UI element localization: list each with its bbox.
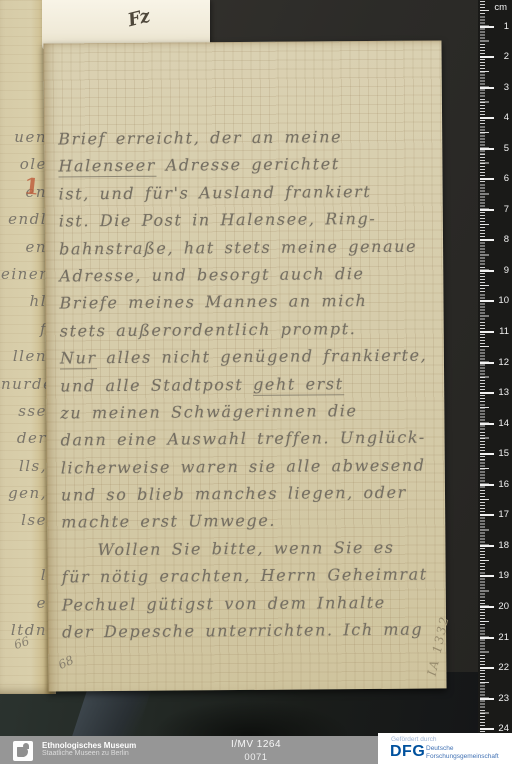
left-page-text-fragment: lse <box>1 511 47 538</box>
handwriting-line: machte erst Umwege. <box>61 510 441 540</box>
handwriting-line: Pechuel gütigst von dem Inhalte <box>62 592 442 622</box>
handwriting-text: für nötig erachten, Herrn Geheimrat <box>62 565 428 587</box>
smb-logo-icon <box>13 741 33 761</box>
inventory-number: I/MV 1264 <box>120 739 392 750</box>
ruler-cm-number: 22 <box>498 662 509 673</box>
fabric-fold <box>72 686 153 738</box>
handwriting-line: Briefe meines Mannes an mich <box>59 291 439 321</box>
ruler-cm-number: 15 <box>498 448 509 459</box>
ruler-cm-tick <box>480 606 494 608</box>
handwriting-text: Adresse gerichtet <box>156 155 340 175</box>
scan-page-number: 0071 <box>120 752 392 763</box>
ruler-cm-tick <box>480 148 494 150</box>
handwriting-text: Pechuel gütigst von dem Inhalte <box>62 593 386 615</box>
ruler-cm-number: 12 <box>498 357 509 368</box>
ruler-cm-tick <box>480 239 494 241</box>
ruler-cm-tick <box>480 698 494 700</box>
ruler-cm-tick <box>480 209 494 211</box>
ruler-cm-number: 11 <box>499 326 509 337</box>
handwriting-text: Brief erreicht, der an meine <box>58 127 342 148</box>
handwriting-block: Brief erreicht, der an meineHalenseer Ad… <box>58 126 442 649</box>
handwriting-text: und alle Stadtpost <box>60 374 253 395</box>
handwriting-line: ist, und für's Ausland frankiert <box>59 181 439 211</box>
handwriting-line: licherweise waren sie alle abwesend <box>61 455 441 485</box>
handwriting-line: und so blieb manches liegen, oder <box>61 483 441 513</box>
handwriting-line: bahnstraße, hat stets meine genaue <box>59 236 439 266</box>
ruler-cm-tick <box>480 117 494 119</box>
handwriting-line: Wollen Sie bitte, wenn Sie es <box>97 537 441 567</box>
handwriting-underlined: Halenseer <box>58 156 156 178</box>
handwriting-line: Halenseer Adresse gerichtet <box>58 154 438 184</box>
ink-flourish-mark: Fz <box>126 6 151 31</box>
handwriting-text: Briefe meines Mannes an mich <box>59 291 367 312</box>
ruler-cm-tick <box>480 362 494 364</box>
left-page-text-fragment: lls, <box>1 457 47 484</box>
ruler-cm-number: 16 <box>498 479 509 490</box>
handwriting-text: zu meinen Schwägerinnen die <box>60 401 357 422</box>
handwriting-text: machte erst Umwege. <box>61 511 276 532</box>
ruler-cm-number: 5 <box>504 143 509 154</box>
handwriting-text: der Depesche unterrichten. Ich mag <box>62 620 423 642</box>
left-page-text-fragment: gen, <box>1 484 47 511</box>
ruler-cm-tick <box>480 637 494 639</box>
handwriting-line: der Depesche unterrichten. Ich mag <box>62 619 442 649</box>
handwriting-line: für nötig erachten, Herrn Geheimrat <box>62 565 442 595</box>
ruler-cm-tick <box>480 178 494 180</box>
handwriting-text: Adresse, und besorgt auch die <box>59 264 364 285</box>
handwriting-underlined: Nur <box>60 348 97 369</box>
ruler-cm-number: 10 <box>498 295 509 306</box>
ruler-cm-tick <box>480 545 494 547</box>
ruler-cm-tick <box>480 26 494 28</box>
dfg-org-line2: Forschungsgemeinschaft <box>426 753 499 761</box>
ruler-cm-number: 17 <box>498 509 509 520</box>
handwriting-text: alles nicht genügend frankierte, <box>97 346 428 368</box>
ruler-cm-number: 19 <box>498 570 509 581</box>
scan-identifiers: I/MV 1264 0071 <box>120 739 392 763</box>
ruler-cm-tick <box>480 453 494 455</box>
handwriting-text: und so blieb manches liegen, oder <box>61 483 407 505</box>
ruler-cm-number: 1 <box>504 21 509 32</box>
ruler-cm-number: 2 <box>504 51 509 62</box>
handwriting-line: ist. Die Post in Halensee, Ring- <box>59 209 439 239</box>
left-page-text-fragment: der <box>1 429 47 456</box>
ruler-cm-number: 7 <box>504 204 509 215</box>
left-page-text-fragment: einen <box>1 265 47 292</box>
ruler-cm-number: 8 <box>504 234 509 245</box>
archival-scan-viewport: uenoleenendleneinenhlfllennurdessederlls… <box>0 0 512 764</box>
ruler-cm-tick <box>480 514 494 516</box>
left-page-text-fragment: sse <box>1 402 47 429</box>
handwriting-line: dann eine Auswahl treffen. Unglück- <box>61 428 441 458</box>
ruler-cm-tick <box>480 484 494 486</box>
left-page-text-fragment: nurde <box>1 375 47 402</box>
left-page-text-column: uenoleenendleneinenhlfllennurdessederlls… <box>1 128 47 648</box>
funded-by-label: Gefördert durch <box>391 736 437 743</box>
handwriting-text: licherweise waren sie alle abwesend <box>61 455 426 477</box>
handwriting-line: und alle Stadtpost geht erst <box>60 373 440 403</box>
smb-logo-glyph <box>17 747 28 757</box>
main-letter-page: Brief erreicht, der an meineHalenseer Ad… <box>43 40 446 691</box>
handwriting-text: ist. Die Post in Halensee, Ring- <box>59 209 377 230</box>
ruler-cm-tick <box>480 667 494 669</box>
handwriting-line: zu meinen Schwägerinnen die <box>60 400 440 430</box>
handwriting-text: Wollen Sie bitte, wenn Sie es <box>97 538 394 559</box>
left-page-text-fragment: e <box>1 594 47 621</box>
dfg-logo: DFG <box>390 743 425 761</box>
ruler-cm-number: 14 <box>498 418 509 429</box>
dfg-funding-panel: Gefördert durch DFG Deutsche Forschungsg… <box>378 733 512 764</box>
left-page-text-fragment: f <box>1 320 47 347</box>
ruler-cm-number: 13 <box>498 387 509 398</box>
red-margin-mark: 1 <box>23 173 41 200</box>
ruler-cm-tick <box>480 270 494 272</box>
handwriting-text: dann eine Auswahl treffen. Unglück- <box>61 428 426 450</box>
left-page-text-fragment: en <box>1 238 47 265</box>
dfg-org-name: Deutsche Forschungsgemeinschaft <box>426 745 499 760</box>
ruler-cm-tick <box>480 575 494 577</box>
handwriting-line: Nur alles nicht genügend frankierte, <box>60 346 440 376</box>
left-page-text-fragment: endl <box>1 210 47 237</box>
handwriting-text: stets außerordentlich prompt. <box>60 319 357 340</box>
left-page-text-fragment: llen <box>1 347 47 374</box>
handwriting-line: Brief erreicht, der an meine <box>58 126 438 156</box>
ruler-cm-tick <box>480 331 494 333</box>
handwriting-text: bahnstraße, hat stets meine genaue <box>59 236 417 258</box>
pencil-mark-main: 68 <box>56 653 76 672</box>
left-page-text-fragment: hl <box>1 292 47 319</box>
handwriting-underlined: geht erst <box>253 374 344 396</box>
archive-footer-bar: Ethnologisches Museum Staatliche Museen … <box>0 736 512 764</box>
ruler-cm-tick <box>480 56 494 58</box>
left-page-text-fragment <box>1 539 47 566</box>
left-page-text-fragment: l <box>1 566 47 593</box>
ruler-cm-number: 23 <box>498 693 509 704</box>
ruler-cm-tick <box>480 728 494 730</box>
ruler-cm-tick <box>480 392 494 394</box>
handwriting-text: ist, und für's Ausland frankiert <box>59 182 372 203</box>
ruler-cm-tick <box>480 423 494 425</box>
handwriting-line: Adresse, und besorgt auch die <box>59 263 439 293</box>
ruler-cm-number: 9 <box>504 265 509 276</box>
ruler-cm-tick <box>480 87 494 89</box>
ruler-unit-label: cm <box>494 2 507 13</box>
dfg-org-line1: Deutsche <box>426 745 499 753</box>
handwriting-line: stets außerordentlich prompt. <box>60 318 440 348</box>
left-page-text-fragment: uen <box>1 128 47 155</box>
ruler-cm-number: 6 <box>504 173 509 184</box>
ruler-cm-number: 18 <box>498 540 509 551</box>
cm-ruler: cm 1234567891011121314151617181920212223… <box>478 0 512 736</box>
ruler-cm-number: 4 <box>504 112 509 123</box>
ruler-cm-number: 21 <box>498 632 509 643</box>
ruler-cm-number: 3 <box>504 82 509 93</box>
ruler-cm-tick <box>480 300 494 302</box>
ruler-cm-number: 20 <box>498 601 509 612</box>
